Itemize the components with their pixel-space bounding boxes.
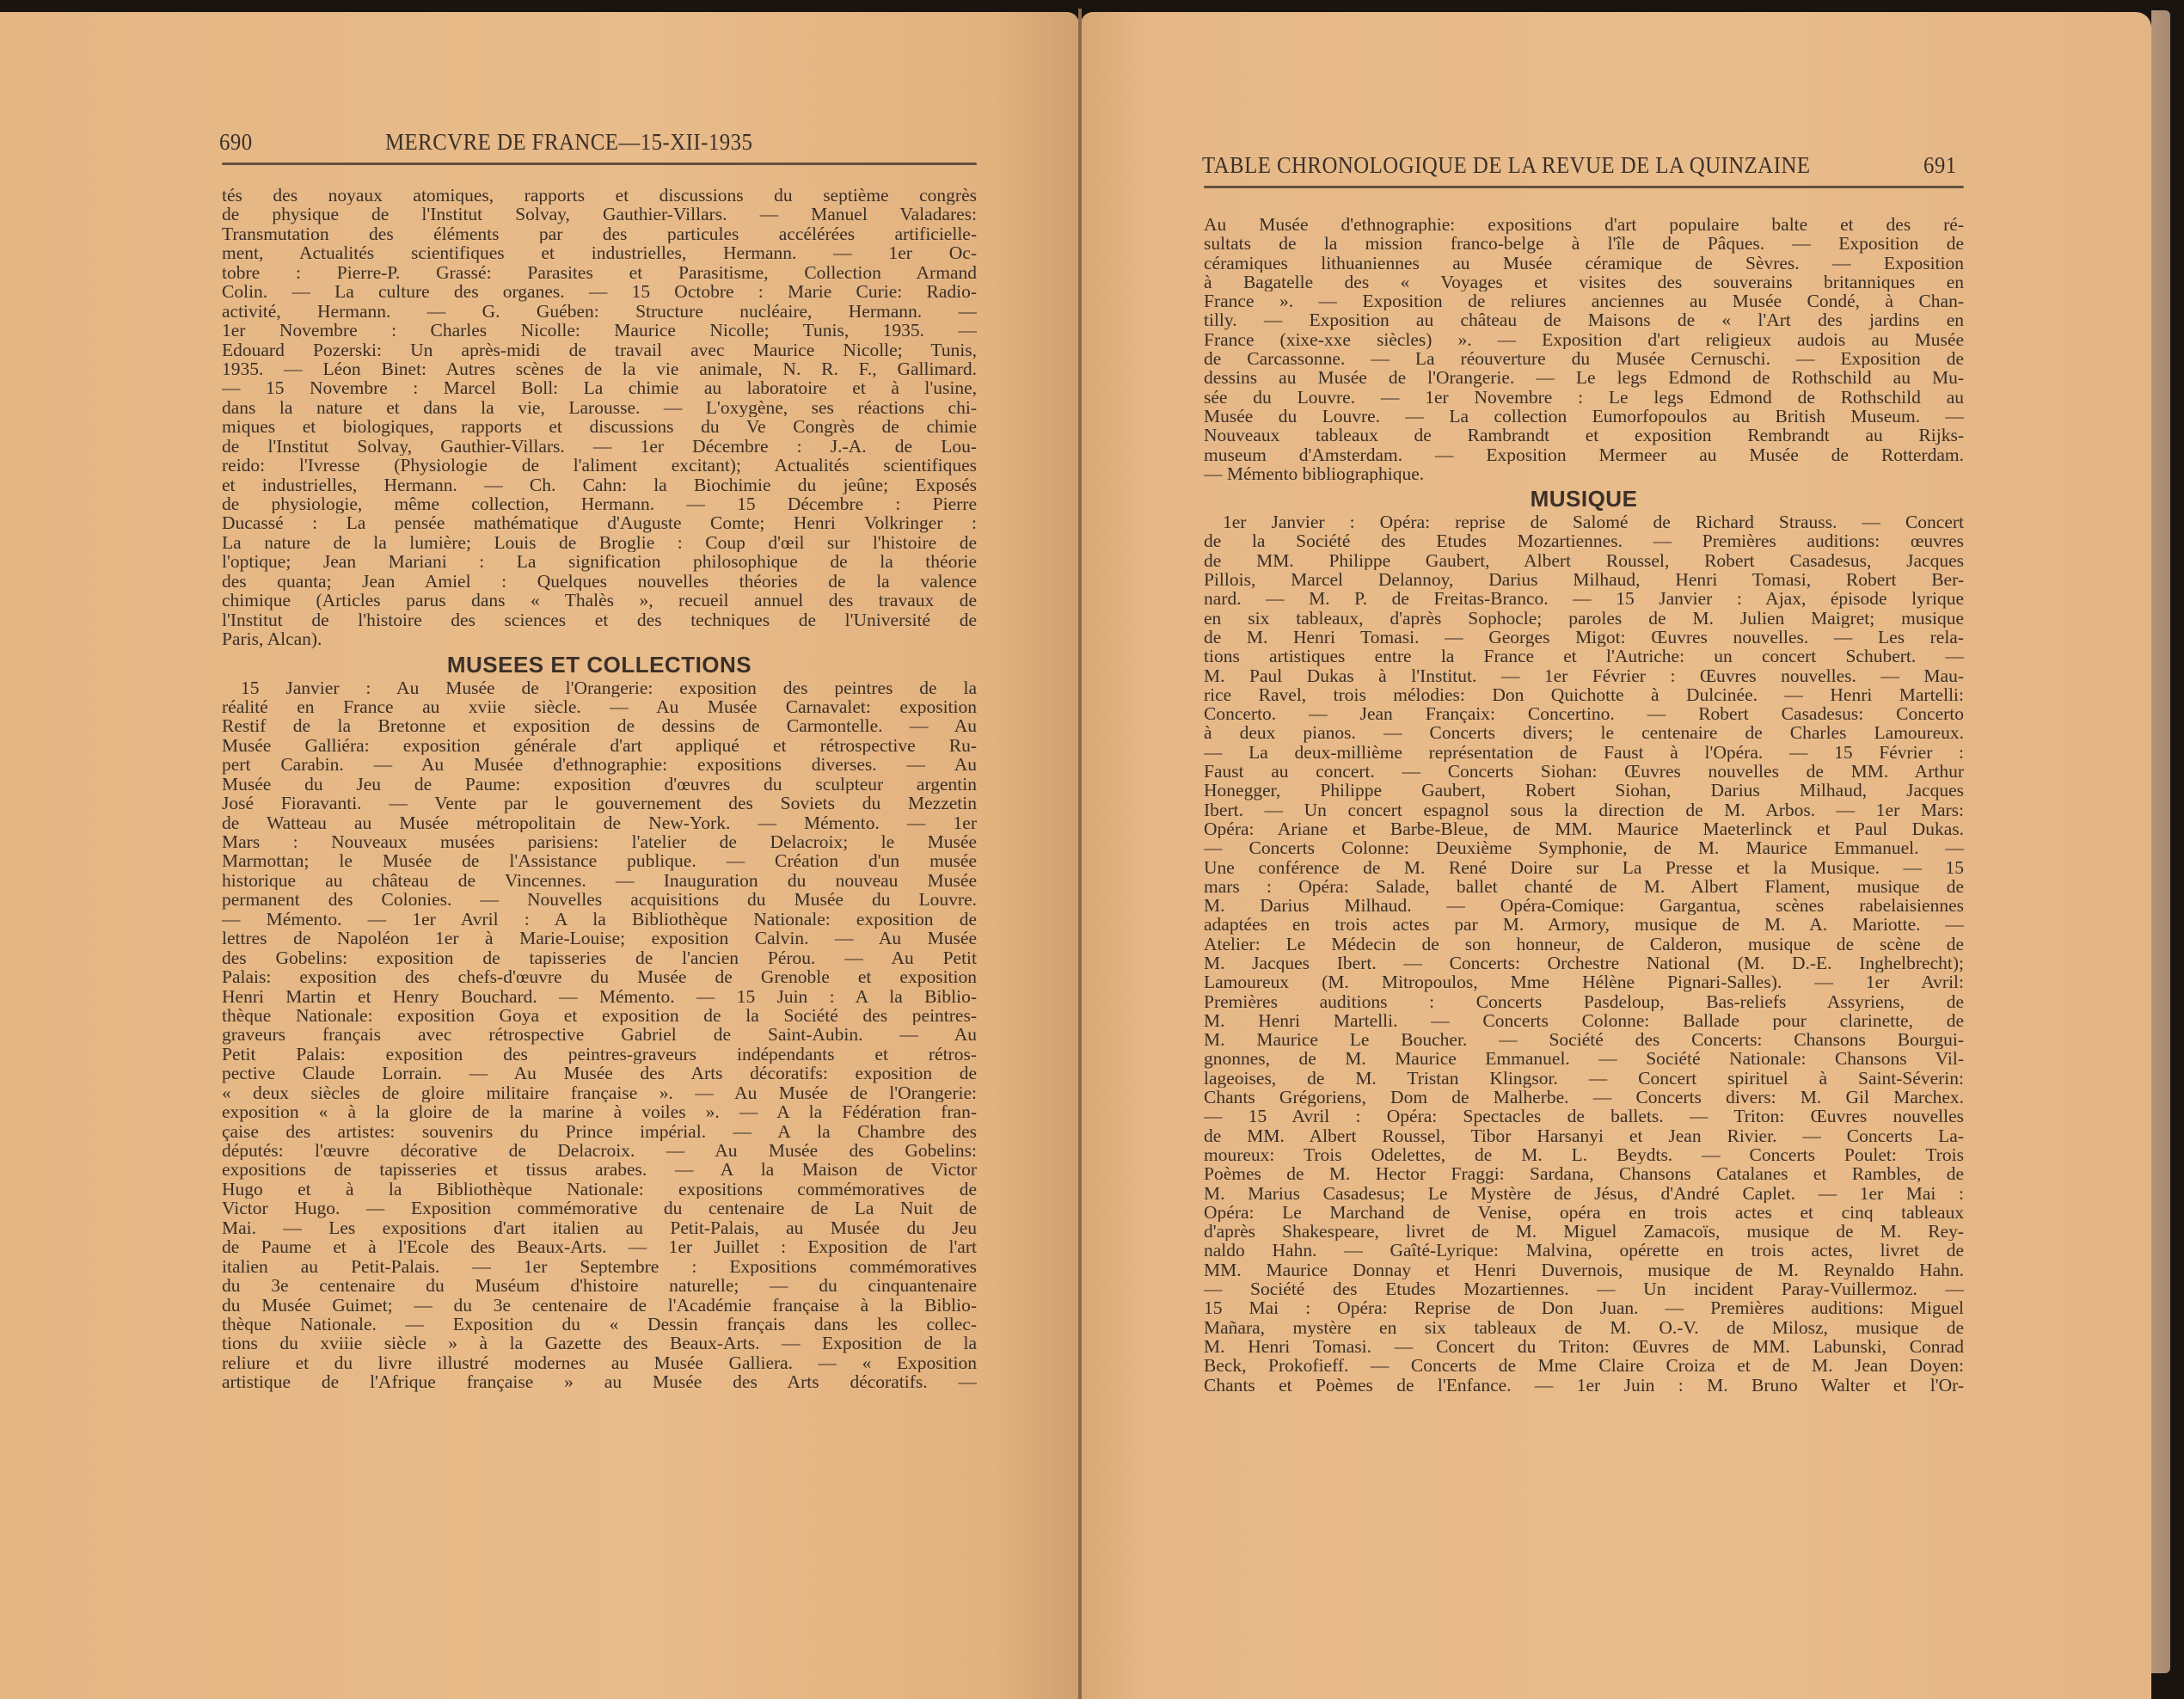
text-line: de M. Henri Tomasi. — Georges Migot: Œuv… bbox=[1204, 628, 1964, 647]
text-line: Nouveaux tableaux de Rambrandt et exposi… bbox=[1204, 426, 1964, 445]
text-line: de Watteau au Musée métropolitain de New… bbox=[222, 813, 977, 832]
text-line: de Paume et à l'Ecole des Beaux-Arts. — … bbox=[222, 1237, 977, 1256]
section-title: MUSIQUE bbox=[1204, 483, 1964, 512]
text-line: naldo Hahn. — Gaîté-Lyrique: Malvina, op… bbox=[1204, 1241, 1964, 1260]
text-line: 1er Janvier : Opéra: reprise de Salomé d… bbox=[1204, 512, 1964, 531]
text-line: M. Paul Dukas à l'Institut. — 1er Févrie… bbox=[1204, 666, 1964, 685]
text-line: exposition « à la gloire de la marine à … bbox=[222, 1102, 977, 1121]
text-line: Musée du Jeu de Paume: exposition d'œuvr… bbox=[222, 775, 977, 794]
right-header-rule bbox=[1204, 186, 1964, 188]
text-line: çaise des artistes: souvenirs du Prince … bbox=[222, 1122, 977, 1141]
text-line: M. Marius Casadesus; Le Mystère de Jésus… bbox=[1204, 1184, 1964, 1203]
text-line: Palais: exposition des chefs-d'œuvre du … bbox=[222, 967, 977, 986]
text-line: Transmutation des éléments par des parti… bbox=[222, 224, 977, 243]
text-line: dans la nature et dans la vie, Larousse.… bbox=[222, 398, 977, 417]
text-line: activité, Hermann. — G. Guében: Structur… bbox=[222, 302, 977, 321]
text-line: reliure et du livre illustré modernes au… bbox=[222, 1353, 977, 1372]
text-line: M. Darius Milhaud. — Opéra-Comique: Garg… bbox=[1204, 896, 1964, 915]
text-line: sée du Louvre. — 1er Novembre : Le legs … bbox=[1204, 388, 1964, 407]
text-line: Pillois, Marcel Delannoy, Darius Milhaud… bbox=[1204, 570, 1964, 589]
section-title: MUSEES ET COLLECTIONS bbox=[222, 649, 977, 678]
text-line: sultats de la mission franco-belge à l'î… bbox=[1204, 234, 1964, 253]
text-line: lettres de Napoléon 1er à Marie-Louise; … bbox=[222, 929, 977, 948]
text-line: tilly. — Exposition au château de Maison… bbox=[1204, 310, 1964, 329]
right-text-column: Au Musée d'ethnographie: expositions d'a… bbox=[1204, 215, 1964, 1395]
text-line: tobre : Pierre-P. Grassé: Parasites et P… bbox=[222, 263, 977, 282]
text-line: Opéra: Le Marchand de Venise, opéra en t… bbox=[1204, 1203, 1964, 1222]
text-line: Ibert. — Un concert espagnol sous la dir… bbox=[1204, 800, 1964, 819]
left-page-number: 690 bbox=[219, 129, 253, 156]
text-line: chimique (Articles parus dans « Thalès »… bbox=[222, 591, 977, 610]
text-line: lageoises, de M. Tristan Klingsor. — Con… bbox=[1204, 1069, 1964, 1088]
text-line: Beck, Prokofieff. — Concerts de Mme Clai… bbox=[1204, 1356, 1964, 1375]
book-gutter bbox=[1078, 9, 1082, 1699]
text-line: de la Société des Etudes Mozartiennes. —… bbox=[1204, 531, 1964, 550]
text-line: Opéra: Ariane et Barbe-Bleue, de MM. Mau… bbox=[1204, 819, 1964, 838]
text-line: — 15 Avril : Opéra: Spectacles de ballet… bbox=[1204, 1107, 1964, 1126]
text-line: italien au Petit-Palais. — 1er Septembre… bbox=[222, 1257, 977, 1276]
text-line: Musée du Louvre. — La collection Eumorfo… bbox=[1204, 407, 1964, 426]
text-line: M. Jacques Ibert. — Concerts: Orchestre … bbox=[1204, 954, 1964, 972]
text-line: Henri Martin et Henry Bouchard. — Mément… bbox=[222, 987, 977, 1006]
text-line: — La deux-millième représentation de Fau… bbox=[1204, 743, 1964, 762]
text-line: des Gobelins: exposition de tapisseries … bbox=[222, 948, 977, 967]
text-line: M. Henri Martelli. — Concerts Colonne: B… bbox=[1204, 1011, 1964, 1030]
text-line: reido: l'Ivresse (Physiologie de l'alime… bbox=[222, 456, 977, 475]
text-line: Chants et Poèmes de l'Enfance. — 1er Jui… bbox=[1204, 1376, 1964, 1395]
text-line: de MM. Philippe Gaubert, Albert Roussel,… bbox=[1204, 551, 1964, 570]
text-line: 15 Janvier : Au Musée de l'Orangerie: ex… bbox=[222, 678, 977, 697]
text-line: — Mémento. — 1er Avril : A la Bibliothèq… bbox=[222, 910, 977, 929]
left-text-column: tés des noyaux atomiques, rapports et di… bbox=[222, 186, 977, 1392]
text-line: du Musée Guimet; — du 3e centenaire de l… bbox=[222, 1296, 977, 1315]
text-line: dessins au Musée de l'Orangerie. — Le le… bbox=[1204, 368, 1964, 387]
text-line: de MM. Albert Roussel, Tibor Harsanyi et… bbox=[1204, 1126, 1964, 1145]
text-line: adaptées en trois actes par M. Armory, m… bbox=[1204, 915, 1964, 934]
text-line: du 3e centenaire du Muséum d'histoire na… bbox=[222, 1276, 977, 1295]
text-line: céramiques lithuaniennes au Musée cérami… bbox=[1204, 254, 1964, 273]
text-line: à deux pianos. — Concerts divers; le cen… bbox=[1204, 723, 1964, 742]
text-line: Marmottan; le Musée de l'Assistance publ… bbox=[222, 851, 977, 870]
text-line: de physique de l'Institut Solvay, Gauthi… bbox=[222, 205, 977, 224]
text-line: MM. Maurice Donnay et Henri Duvernois, m… bbox=[1204, 1260, 1964, 1279]
left-header-rule bbox=[222, 163, 977, 165]
right-page-number: 691 bbox=[1923, 152, 1957, 179]
text-line: Au Musée d'ethnographie: expositions d'a… bbox=[1204, 215, 1964, 234]
text-line: rice Ravel, trois mélodies: Don Quichott… bbox=[1204, 685, 1964, 704]
text-line: Petit Palais: exposition des peintres-gr… bbox=[222, 1045, 977, 1064]
text-line: historique au château de Vincennes. — In… bbox=[222, 871, 977, 890]
text-line: Mañara, mystère en six tableaux de M. O.… bbox=[1204, 1318, 1964, 1337]
text-line: ment, Actualités scientifiques et indust… bbox=[222, 243, 977, 262]
text-line: — Concerts Colonne: Deuxième Symphonie, … bbox=[1204, 838, 1964, 857]
right-running-head: TABLE CHRONOLOGIQUE DE LA REVUE DE LA QU… bbox=[1202, 152, 1810, 179]
text-line: José Fioravanti. — Vente par le gouverne… bbox=[222, 794, 977, 813]
text-line: à Bagatelle des « Voyages et visites des… bbox=[1204, 273, 1964, 291]
text-line: députés: l'œuvre décorative de Delacroix… bbox=[222, 1141, 977, 1160]
text-line: pective Claude Lorrain. — Au Musée des A… bbox=[222, 1064, 977, 1083]
text-line: Premières auditions : Concerts Pasdeloup… bbox=[1204, 992, 1964, 1011]
text-line: d'après Shakespeare, livret de M. Miguel… bbox=[1204, 1222, 1964, 1241]
text-line: M. Maurice Le Boucher. — Société des Con… bbox=[1204, 1030, 1964, 1049]
text-line: Ducassé : La pensée mathématique d'Augus… bbox=[222, 513, 977, 532]
text-line: Restif de la Bretonne et exposition de d… bbox=[222, 716, 977, 735]
text-line: 1935. — Léon Binet: Autres scènes de la … bbox=[222, 359, 977, 378]
text-line: tions du xviiie siècle » à la Gazette de… bbox=[222, 1334, 977, 1352]
text-line: France (xixe-xxe siècles) ». — Expositio… bbox=[1204, 330, 1964, 349]
text-line: Honegger, Philippe Gaubert, Robert Sioha… bbox=[1204, 781, 1964, 800]
text-line: nard. — M. P. de Freitas-Branco. — 15 Ja… bbox=[1204, 589, 1964, 608]
page-stack-edge bbox=[2151, 10, 2170, 1673]
text-line: miques et biologiques, rapports et discu… bbox=[222, 417, 977, 436]
text-line: Une conférence de M. René Doire sur La P… bbox=[1204, 858, 1964, 877]
text-line: des quanta; Jean Amiel : Quelques nouvel… bbox=[222, 572, 977, 591]
text-line: de l'Institut Solvay, Gauthier-Villars. … bbox=[222, 437, 977, 456]
text-line: — 15 Novembre : Marcel Boll: La chimie a… bbox=[222, 378, 977, 397]
text-line: l'Institut de l'histoire des sciences et… bbox=[222, 610, 977, 629]
text-line: 1er Novembre : Charles Nicolle: Maurice … bbox=[222, 321, 977, 340]
text-line: 15 Mai : Opéra: Reprise de Don Juan. — P… bbox=[1204, 1298, 1964, 1317]
text-line: thèque Nationale. — Exposition du « Dess… bbox=[222, 1315, 977, 1334]
text-line: mars : Opéra: Salade, ballet chanté de M… bbox=[1204, 877, 1964, 896]
text-line: artistique de l'Afrique française » au M… bbox=[222, 1372, 977, 1391]
text-line: gnonnes, de M. Maurice Emmanuel. — Socié… bbox=[1204, 1049, 1964, 1068]
text-line: Lamoureux (M. Mitropoulos, Mme Hélène Pi… bbox=[1204, 972, 1964, 991]
text-line: Concerto. — Jean Françaix: Concertino. —… bbox=[1204, 704, 1964, 723]
text-line: moureux: Trois Odelettes, de M. L. Beydt… bbox=[1204, 1145, 1964, 1164]
text-line: Chants Grégoriens, Dom de Malherbe. — Co… bbox=[1204, 1088, 1964, 1107]
text-line: — Société des Etudes Mozartiennes. — Un … bbox=[1204, 1279, 1964, 1298]
text-line: l'optique; Jean Mariani : La significati… bbox=[222, 552, 977, 571]
text-line: Edouard Pozerski: Un après-midi de trava… bbox=[222, 340, 977, 359]
text-line: Mai. — Les expositions d'art italien au … bbox=[222, 1218, 977, 1237]
text-line: graveurs français avec rétrospective Gab… bbox=[222, 1025, 977, 1044]
text-line: museum d'Amsterdam. — Exposition Mermeer… bbox=[1204, 445, 1964, 464]
text-line: tions artistiques entre la France et l'A… bbox=[1204, 647, 1964, 665]
text-line: Colin. — La culture des organes. — 15 Oc… bbox=[222, 282, 977, 301]
text-line: Atelier: Le Médecin de son honneur, de C… bbox=[1204, 935, 1964, 954]
text-line: France ». — Exposition de reliures ancie… bbox=[1204, 291, 1964, 310]
text-line: Faust au concert. — Concerts Siohan: Œuv… bbox=[1204, 762, 1964, 781]
text-line: Paris, Alcan). bbox=[222, 629, 977, 648]
text-line: — Mémento bibliographique. bbox=[1204, 464, 1964, 483]
text-line: pert Carabin. — Au Musée d'ethnographie:… bbox=[222, 755, 977, 774]
text-line: tés des noyaux atomiques, rapports et di… bbox=[222, 186, 977, 205]
text-line: permanent des Colonies. — Nouvelles acqu… bbox=[222, 890, 977, 909]
text-line: de physiologie, même collection, Hermann… bbox=[222, 494, 977, 513]
text-line: Mars : Nouveaux musées parisiens: l'atel… bbox=[222, 832, 977, 851]
text-line: La nature de la lumière; Louis de Brogli… bbox=[222, 533, 977, 552]
text-line: expositions de tapisseries et tissus ara… bbox=[222, 1160, 977, 1179]
text-line: Musée Galliéra: exposition générale d'ar… bbox=[222, 736, 977, 755]
text-line: de Carcassonne. — La réouverture du Musé… bbox=[1204, 349, 1964, 368]
text-line: M. Henri Tomasi. — Concert du Triton: Œu… bbox=[1204, 1337, 1964, 1356]
text-line: Victor Hugo. — Exposition commémorative … bbox=[222, 1199, 977, 1218]
left-running-head: MERCVRE DE FRANCE—15-XII-1935 bbox=[385, 129, 752, 156]
text-line: en six tableaux, d'après Sophocle; parol… bbox=[1204, 609, 1964, 628]
text-line: Hugo et à la Bibliothèque Nationale: exp… bbox=[222, 1180, 977, 1199]
text-line: Poèmes de M. Hector Fraggi: Sardana, Cha… bbox=[1204, 1164, 1964, 1183]
text-line: réalité en France au xviie siècle. — Au … bbox=[222, 697, 977, 716]
text-line: et industrielles, Hermann. — Ch. Cahn: l… bbox=[222, 475, 977, 494]
text-line: thèque Nationale: exposition Goya et exp… bbox=[222, 1006, 977, 1025]
text-line: « deux siècles de gloire militaire franç… bbox=[222, 1083, 977, 1102]
